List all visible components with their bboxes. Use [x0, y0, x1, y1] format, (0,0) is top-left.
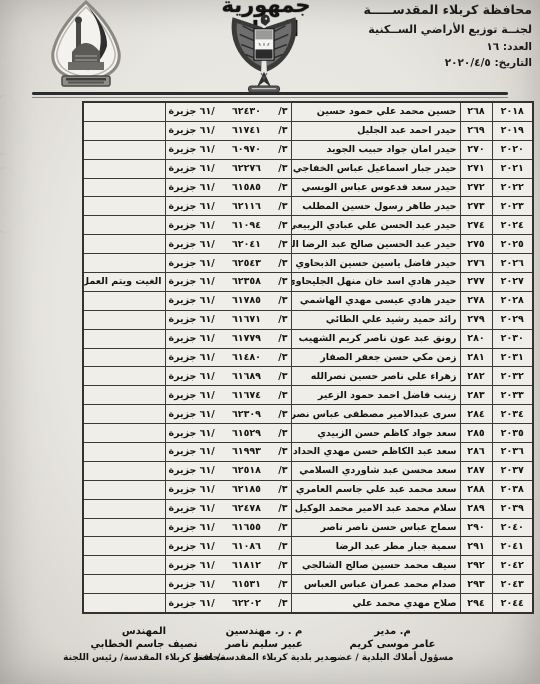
plot-cell: ٣/ ٦٢١٨٥ /٦١ جزيرة [165, 480, 291, 499]
serial-cell: ٢٠٢٢ [492, 178, 533, 197]
plot-number: ٦٢٣٥٨ [232, 276, 261, 287]
table-row: ٢٠٣٢ ٢٨٢ زهراء علي ناصر حسين نصرالله ٣/ … [83, 367, 533, 386]
plot-number: ٦١٠٩٤ [232, 220, 261, 231]
plot-district: /٦١ جزيرة [169, 503, 215, 514]
plot-cell: ٣/ ٦١٧٨٥ /٦١ جزيرة [165, 291, 291, 310]
sequence-cell: ٢٧٤ [460, 216, 492, 235]
signer-role: محافظ كربلاء المقدسة/ رئيس اللجنة [55, 653, 233, 663]
table-row: ٢٠٢٤ ٢٧٤ حيدر عبد الحسن علي عبادي الربيع… [83, 216, 533, 235]
plot-block: ٣/ [278, 503, 287, 514]
plot-district: /٦١ جزيرة [169, 239, 215, 250]
plot-district: /٦١ جزيرة [169, 144, 215, 155]
name-cell: حسين محمد علي حمود حسين [291, 102, 460, 121]
plot-number: ٦١٩٩٣ [232, 446, 261, 457]
plot-number: ٦١٦٨٩ [232, 371, 261, 382]
scanned-document: محافظة كربلاء المقدســـــة لجنــة توزيع … [0, 0, 540, 684]
plot-block: ٣/ [278, 258, 287, 269]
sequence-cell: ٢٨٦ [460, 443, 492, 462]
plot-cell: ٣/ ٦١٧٤١ /٦١ جزيرة [165, 121, 291, 140]
plot-cell: ٣/ ٦١٧٧٩ /٦١ جزيرة [165, 329, 291, 348]
serial-cell: ٢٠٤٢ [492, 556, 533, 575]
plot-district: /٦١ جزيرة [169, 371, 215, 382]
name-cell: صدام محمد عمران عباس العباس [291, 575, 460, 594]
plot-cell: ٣/ ٦٢٥١٨ /٦١ جزيرة [165, 461, 291, 480]
note-cell [83, 386, 165, 405]
issuing-authority-block: محافظة كربلاء المقدســـــة لجنــة توزيع … [332, 2, 532, 69]
serial-cell: ٢٠٢٧ [492, 273, 533, 292]
name-cell: سرى عبدالامير مصطفى عباس نصرالله [291, 405, 460, 424]
name-cell: حيدر جبار اسماعيل عباس الخفاجي [291, 159, 460, 178]
table-row: ٢٠٤٠ ٢٩٠ سماح عباس حسن ناصر ناصر ٣/ ٦١٦٥… [83, 518, 533, 537]
plot-cell: ٣/ ٦٢١١٦ /٦١ جزيرة [165, 197, 291, 216]
plot-district: /٦١ جزيرة [169, 106, 215, 117]
table-row: ٢٠٣٤ ٢٨٤ سرى عبدالامير مصطفى عباس نصرالل… [83, 405, 533, 424]
sequence-cell: ٢٧٩ [460, 310, 492, 329]
sequence-cell: ٢٧٦ [460, 254, 492, 273]
plot-block: ٣/ [278, 314, 287, 325]
serial-cell: ٢٠٢٤ [492, 216, 533, 235]
plot-district: /٦١ جزيرة [169, 201, 215, 212]
plot-district: /٦١ جزيرة [169, 258, 215, 269]
note-cell [83, 480, 165, 499]
plot-number: ٦١٨١٢ [232, 560, 261, 571]
sequence-cell: ٢٦٩ [460, 121, 492, 140]
plot-district: /٦١ جزيرة [169, 295, 215, 306]
plot-number: ٦١٥٢٩ [232, 428, 261, 439]
name-cell: حيدر هادي اسد خان منهل الجليحاوي [291, 273, 460, 292]
plot-cell: ٣/ ٦١٨١٢ /٦١ جزيرة [165, 556, 291, 575]
table-row: ٢٠٤١ ٢٩١ سمية جبار مطر عبد الرضا ٣/ ٦١٠٨… [83, 537, 533, 556]
plot-number: ٦٢٢٠٢ [232, 598, 261, 609]
document-date: التاريخ: ٢٠٢٠/٤/٥ [332, 57, 532, 69]
plot-cell: ٣/ ٦٢٢٠٢ /٦١ جزيرة [165, 594, 291, 613]
serial-cell: ٢٠٣٢ [492, 367, 533, 386]
plot-number: ٦٢١٨٥ [232, 484, 261, 495]
note-cell [83, 254, 165, 273]
plot-cell: ٣/ ٦١٥٨٥ /٦١ جزيرة [165, 178, 291, 197]
serial-cell: ٢٠٣٦ [492, 443, 533, 462]
sequence-cell: ٢٧٨ [460, 291, 492, 310]
plot-number: ٦٢٢٧٦ [232, 163, 261, 174]
name-cell: سماح عباس حسن ناصر ناصر [291, 518, 460, 537]
signature-block-director: م. مدير عامر موسى كريم مسؤول أملاك البلد… [315, 626, 470, 663]
plot-district: /٦١ جزيرة [169, 484, 215, 495]
note-cell [83, 121, 165, 140]
name-cell: حيدر فاضل ياسين حسين الذبحاوي [291, 254, 460, 273]
sequence-cell: ٢٩٤ [460, 594, 492, 613]
plot-cell: ٣/ ٦١٦٥٥ /٦١ جزيرة [165, 518, 291, 537]
plot-block: ٣/ [278, 560, 287, 571]
name-cell: رونق عبد عون ناصر كريم الشهيب [291, 329, 460, 348]
serial-cell: ٢٠١٨ [492, 102, 533, 121]
serial-cell: ٢٠٢٩ [492, 310, 533, 329]
plot-number: ٦٢٥٤٣ [232, 258, 261, 269]
table-row: ٢٠٢٢ ٢٧٢ حيدر سعد فدعوس عباس الويسي ٣/ ٦… [83, 178, 533, 197]
plot-number: ٦١٧٤١ [232, 125, 261, 136]
signer-title: م. مدير [315, 626, 470, 637]
plot-cell: ٣/ ٦١٩٩٣ /٦١ جزيرة [165, 443, 291, 462]
sequence-cell: ٢٨٤ [460, 405, 492, 424]
plot-number: ٦١٦٧٤ [232, 390, 261, 401]
plot-district: /٦١ جزيرة [169, 522, 215, 533]
serial-cell: ٢٠٤٣ [492, 575, 533, 594]
serial-cell: ٢٠٤١ [492, 537, 533, 556]
table-row: ٢٠٣٩ ٢٨٩ سلام محمد عبد الامير محمد الوكي… [83, 499, 533, 518]
signer-name: عامر موسى كريم [315, 639, 470, 650]
sequence-cell: ٢٩٢ [460, 556, 492, 575]
plot-block: ٣/ [278, 484, 287, 495]
name-cell: حيدر احمد عبد الجليل [291, 121, 460, 140]
iraq-eagle-emblem-icon [224, 13, 304, 93]
note-cell [83, 499, 165, 518]
plot-number: ٦٢٠٤١ [232, 239, 261, 250]
plot-district: /٦١ جزيرة [169, 333, 215, 344]
table-row: ٢٠٢٩ ٢٧٩ رائد حميد رشيد علي الطائي ٣/ ٦١… [83, 310, 533, 329]
sequence-cell: ٢٨٨ [460, 480, 492, 499]
note-cell [83, 159, 165, 178]
name-cell: حيدر طاهر رسول حسين المطلب [291, 197, 460, 216]
note-cell [83, 329, 165, 348]
plot-number: ٦٢٣٠٩ [232, 409, 261, 420]
name-cell: سعد محمد عبد علي جاسم العامري [291, 480, 460, 499]
plot-number: ٦١٧٧٩ [232, 333, 261, 344]
plot-district: /٦١ جزيرة [169, 220, 215, 231]
plot-cell: ٣/ ٦٢٢٧٦ /٦١ جزيرة [165, 159, 291, 178]
plot-district: /٦١ جزيرة [169, 579, 215, 590]
note-cell [83, 461, 165, 480]
plot-cell: ٣/ ٦٠٩٧٠ /٦١ جزيرة [165, 140, 291, 159]
plot-block: ٣/ [278, 182, 287, 193]
table-row: ٢٠٢٦ ٢٧٦ حيدر فاضل ياسين حسين الذبحاوي ٣… [83, 254, 533, 273]
serial-cell: ٢٠٣٠ [492, 329, 533, 348]
page-curl-artifact [0, 168, 19, 232]
name-cell: زمن مكي حسن جعفر الصفار [291, 348, 460, 367]
plot-cell: ٣/ ٦٢٤٣٠ /٦١ جزيرة [165, 102, 291, 121]
signer-title: المهندس [55, 626, 233, 637]
plot-number: ٦١٠٨٦ [232, 541, 261, 552]
name-cell: حيدر عبد الحسن علي عبادي الربيعي [291, 216, 460, 235]
serial-cell: ٢٠٣٥ [492, 424, 533, 443]
plot-district: /٦١ جزيرة [169, 125, 215, 136]
table-row: ٢٠٢٨ ٢٧٨ حيدر هادي عيسى مهدي الهاشمي ٣/ … [83, 291, 533, 310]
note-cell [83, 405, 165, 424]
note-cell [83, 575, 165, 594]
plot-cell: ٣/ ٦٢٣٠٩ /٦١ جزيرة [165, 405, 291, 424]
sequence-cell: ٢٩٣ [460, 575, 492, 594]
plot-district: /٦١ جزيرة [169, 314, 215, 325]
sequence-cell: ٢٧٣ [460, 197, 492, 216]
plot-number: ٦٢٤٧٨ [232, 503, 261, 514]
plot-cell: ٣/ ٦١٥٣١ /٦١ جزيرة [165, 575, 291, 594]
plot-district: /٦١ جزيرة [169, 276, 215, 287]
committee-name: لجنــة توزيع الأراضي الســكنية [332, 23, 532, 36]
sequence-cell: ٢٩١ [460, 537, 492, 556]
plot-cell: ٣/ ٦١٤٨٠ /٦١ جزيرة [165, 348, 291, 367]
header-divider [32, 92, 508, 95]
note-cell [83, 310, 165, 329]
plot-district: /٦١ جزيرة [169, 352, 215, 363]
plot-number: ٦١٥٣١ [232, 579, 261, 590]
serial-cell: ٢٠٤٠ [492, 518, 533, 537]
plot-block: ٣/ [278, 276, 287, 287]
table-row: ٢٠٣٥ ٢٨٥ سعد جواد كاظم حسن الزبيدي ٣/ ٦١… [83, 424, 533, 443]
sequence-cell: ٢٨١ [460, 348, 492, 367]
note-cell [83, 140, 165, 159]
serial-cell: ٢٠٣٩ [492, 499, 533, 518]
name-cell: حيدر عبد الحسين صالح عبد الرضا المعمار [291, 235, 460, 254]
table-row: ٢٠١٨ ٢٦٨ حسين محمد علي حمود حسين ٣/ ٦٢٤٣… [83, 102, 533, 121]
name-cell: سعد محسن عبد شاوردي السلامي [291, 461, 460, 480]
plot-number: ٦١٧٨٥ [232, 295, 261, 306]
serial-cell: ٢٠٢٣ [492, 197, 533, 216]
sequence-cell: ٢٨٢ [460, 367, 492, 386]
serial-cell: ٢٠٣٣ [492, 386, 533, 405]
table-row: ٢٠٢٧ ٢٧٧ حيدر هادي اسد خان منهل الجليحاو… [83, 273, 533, 292]
plot-block: ٣/ [278, 541, 287, 552]
name-cell: سلام محمد عبد الامير محمد الوكيل [291, 499, 460, 518]
name-cell: زينب فاضل احمد حمود الزعير [291, 386, 460, 405]
table-row: ٢٠٣٣ ٢٨٣ زينب فاضل احمد حمود الزعير ٣/ ٦… [83, 386, 533, 405]
note-cell [83, 537, 165, 556]
note-cell [83, 291, 165, 310]
table-row: ٢٠٤٢ ٢٩٢ سيف محمد حسين صالح الشالجي ٣/ ٦… [83, 556, 533, 575]
plot-district: /٦١ جزيرة [169, 446, 215, 457]
name-cell: صلاح مهدي محمد علي [291, 594, 460, 613]
note-cell [83, 178, 165, 197]
serial-cell: ٢٠٣٨ [492, 480, 533, 499]
plot-block: ٣/ [278, 163, 287, 174]
header-divider-thin [32, 97, 508, 98]
table-row: ٢٠٢٥ ٢٧٥ حيدر عبد الحسين صالح عبد الرضا … [83, 235, 533, 254]
plot-district: /٦١ جزيرة [169, 390, 215, 401]
note-cell: الغيت ويتم العمل وفق القائمة ١٢ من المحض… [83, 273, 165, 292]
name-cell: حيدر امان جواد حبيب الجويد [291, 140, 460, 159]
note-cell [83, 518, 165, 537]
plot-block: ٣/ [278, 598, 287, 609]
serial-cell: ٢٠٢١ [492, 159, 533, 178]
plot-district: /٦١ جزيرة [169, 465, 215, 476]
plot-block: ٣/ [278, 409, 287, 420]
plot-block: ٣/ [278, 390, 287, 401]
table-row: ٢٠٣٦ ٢٨٦ سعد عبد الكاظم حسن مهدي الحداد … [83, 443, 533, 462]
plot-block: ٣/ [278, 220, 287, 231]
plot-block: ٣/ [278, 201, 287, 212]
serial-cell: ٢٠٤٤ [492, 594, 533, 613]
serial-cell: ٢٠٢٥ [492, 235, 533, 254]
plot-cell: ٣/ ٦١٠٩٤ /٦١ جزيرة [165, 216, 291, 235]
note-cell [83, 594, 165, 613]
signer-name: نصيف جاسم الخطابي [55, 639, 233, 650]
plot-block: ٣/ [278, 239, 287, 250]
plot-number: ٦٢١١٦ [232, 201, 261, 212]
plot-number: ٦٢٤٣٠ [232, 106, 261, 117]
name-cell: سيف محمد حسين صالح الشالجي [291, 556, 460, 575]
plot-number: ٦١٥٨٥ [232, 182, 261, 193]
sequence-cell: ٢٧٢ [460, 178, 492, 197]
plot-number: ٦٢٥١٨ [232, 465, 261, 476]
plot-block: ٣/ [278, 125, 287, 136]
name-cell: زهراء علي ناصر حسين نصرالله [291, 367, 460, 386]
table-body: ٢٠١٨ ٢٦٨ حسين محمد علي حمود حسين ٣/ ٦٢٤٣… [83, 102, 533, 613]
plot-district: /٦١ جزيرة [169, 560, 215, 571]
plot-number: ٦١٤٨٠ [232, 352, 261, 363]
karbala-shrine-logo-icon [28, 0, 144, 90]
plot-block: ٣/ [278, 428, 287, 439]
signer-role: مسؤول أملاك البلدية / عضو [315, 653, 470, 663]
table-row: ٢٠٣٧ ٢٨٧ سعد محسن عبد شاوردي السلامي ٣/ … [83, 461, 533, 480]
plot-district: /٦١ جزيرة [169, 598, 215, 609]
plot-district: /٦١ جزيرة [169, 163, 215, 174]
serial-cell: ٢٠٢٦ [492, 254, 533, 273]
plot-block: ٣/ [278, 522, 287, 533]
serial-cell: ٢٠٣١ [492, 348, 533, 367]
note-cell [83, 102, 165, 121]
plot-number: ٦١٦٧١ [232, 314, 261, 325]
governorate-name: محافظة كربلاء المقدســـــة [332, 2, 532, 17]
plot-cell: ٣/ ٦١٠٨٦ /٦١ جزيرة [165, 537, 291, 556]
document-number: العدد: ١٦ [332, 41, 532, 53]
plot-cell: ٣/ ٦٢٣٥٨ /٦١ جزيرة [165, 273, 291, 292]
note-cell [83, 348, 165, 367]
note-cell [83, 235, 165, 254]
table-row: ٢٠٢١ ٢٧١ حيدر جبار اسماعيل عباس الخفاجي … [83, 159, 533, 178]
signature-block-governor: المهندس نصيف جاسم الخطابي محافظ كربلاء ا… [55, 626, 233, 663]
plot-cell: ٣/ ٦٢٠٤١ /٦١ جزيرة [165, 235, 291, 254]
table-row: ٢٠٢٠ ٢٧٠ حيدر امان جواد حبيب الجويد ٣/ ٦… [83, 140, 533, 159]
note-cell [83, 443, 165, 462]
plot-block: ٣/ [278, 352, 287, 363]
plot-district: /٦١ جزيرة [169, 428, 215, 439]
table-row: ٢٠٣١ ٢٨١ زمن مكي حسن جعفر الصفار ٣/ ٦١٤٨… [83, 348, 533, 367]
plot-number: ٦٠٩٧٠ [232, 144, 261, 155]
plot-cell: ٣/ ٦٢٥٤٣ /٦١ جزيرة [165, 254, 291, 273]
plot-cell: ٣/ ٦١٥٢٩ /٦١ جزيرة [165, 424, 291, 443]
note-cell [83, 367, 165, 386]
plot-block: ٣/ [278, 371, 287, 382]
plot-district: /٦١ جزيرة [169, 182, 215, 193]
sequence-cell: ٢٦٨ [460, 102, 492, 121]
plot-block: ٣/ [278, 333, 287, 344]
plot-block: ٣/ [278, 446, 287, 457]
name-cell: سعد جواد كاظم حسن الزبيدي [291, 424, 460, 443]
sequence-cell: ٢٧١ [460, 159, 492, 178]
sequence-cell: ٢٧٧ [460, 273, 492, 292]
plot-cell: ٣/ ٦١٦٧١ /٦١ جزيرة [165, 310, 291, 329]
note-cell [83, 216, 165, 235]
serial-cell: ٢٠١٩ [492, 121, 533, 140]
serial-cell: ٢٠٢٠ [492, 140, 533, 159]
table-row: ٢٠٣٠ ٢٨٠ رونق عبد عون ناصر كريم الشهيب ٣… [83, 329, 533, 348]
note-cell [83, 197, 165, 216]
table-row: ٢٠٢٣ ٢٧٣ حيدر طاهر رسول حسين المطلب ٣/ ٦… [83, 197, 533, 216]
name-cell: سمية جبار مطر عبد الرضا [291, 537, 460, 556]
serial-cell: ٢٠٣٧ [492, 461, 533, 480]
sequence-cell: ٢٩٠ [460, 518, 492, 537]
note-cell [83, 424, 165, 443]
sequence-cell: ٢٧٠ [460, 140, 492, 159]
plot-cell: ٣/ ٦١٦٧٤ /٦١ جزيرة [165, 386, 291, 405]
table-row: ٢٠١٩ ٢٦٩ حيدر احمد عبد الجليل ٣/ ٦١٧٤١ /… [83, 121, 533, 140]
name-cell: حيدر هادي عيسى مهدي الهاشمي [291, 291, 460, 310]
table-row: ٢٠٣٨ ٢٨٨ سعد محمد عبد علي جاسم العامري ٣… [83, 480, 533, 499]
name-cell: سعد عبد الكاظم حسن مهدي الحداد [291, 443, 460, 462]
plot-number: ٦١٦٥٥ [232, 522, 261, 533]
plot-block: ٣/ [278, 465, 287, 476]
plot-block: ٣/ [278, 295, 287, 306]
plot-district: /٦١ جزيرة [169, 409, 215, 420]
table-row: ٢٠٤٣ ٢٩٣ صدام محمد عمران عباس العباس ٣/ … [83, 575, 533, 594]
sequence-cell: ٢٨٠ [460, 329, 492, 348]
plot-block: ٣/ [278, 106, 287, 117]
serial-cell: ٢٠٢٨ [492, 291, 533, 310]
serial-cell: ٢٠٣٤ [492, 405, 533, 424]
sequence-cell: ٢٧٥ [460, 235, 492, 254]
sequence-cell: ٢٨٣ [460, 386, 492, 405]
name-cell: رائد حميد رشيد علي الطائي [291, 310, 460, 329]
name-cell: حيدر سعد فدعوس عباس الويسي [291, 178, 460, 197]
plot-cell: ٣/ ٦١٦٨٩ /٦١ جزيرة [165, 367, 291, 386]
table-row: ٢٠٤٤ ٢٩٤ صلاح مهدي محمد علي ٣/ ٦٢٢٠٢ /٦١… [83, 594, 533, 613]
plot-cell: ٣/ ٦٢٤٧٨ /٦١ جزيرة [165, 499, 291, 518]
sequence-cell: ٢٨٥ [460, 424, 492, 443]
sequence-cell: ٢٨٩ [460, 499, 492, 518]
land-allocation-table: ٢٠١٨ ٢٦٨ حسين محمد علي حمود حسين ٣/ ٦٢٤٣… [82, 101, 534, 614]
plot-block: ٣/ [278, 144, 287, 155]
plot-district: /٦١ جزيرة [169, 541, 215, 552]
note-cell [83, 556, 165, 575]
page-curl-artifact [0, 96, 18, 154]
plot-block: ٣/ [278, 579, 287, 590]
sequence-cell: ٢٨٧ [460, 461, 492, 480]
